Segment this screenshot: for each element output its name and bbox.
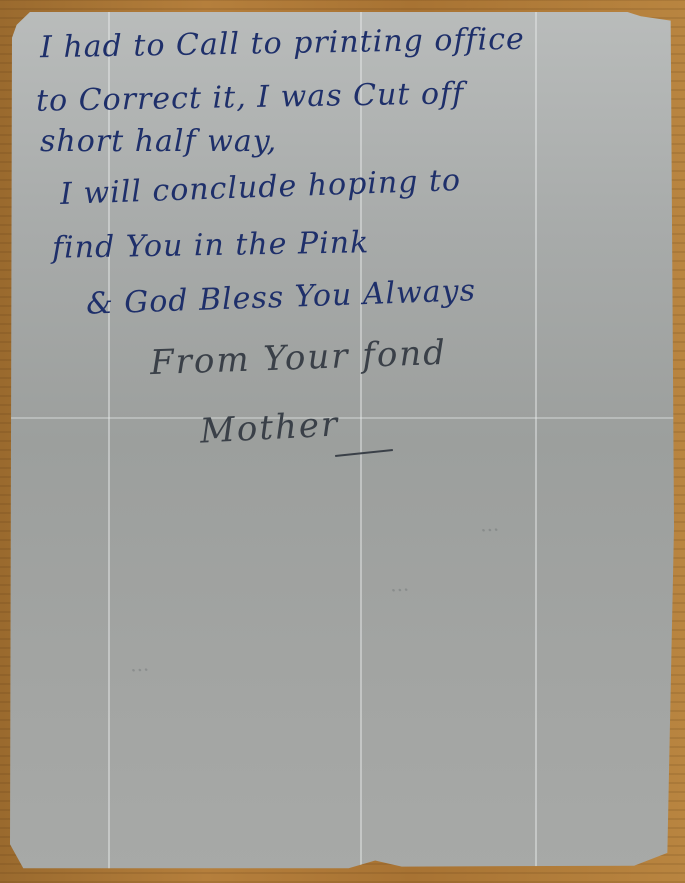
fold-crease (360, 12, 362, 870)
letter-line-5: find You in the Pink (52, 225, 370, 266)
letter-line-2: to Correct it, I was Cut off (36, 76, 465, 118)
fold-crease (535, 12, 537, 870)
signature: Mother (199, 404, 340, 451)
bleed-through-text: ... (129, 652, 149, 677)
letter-line-3: short half way, (40, 124, 277, 159)
bleed-through-text: ... (389, 572, 409, 597)
fold-crease (10, 417, 674, 419)
bleed-through-text: ... (479, 512, 499, 537)
